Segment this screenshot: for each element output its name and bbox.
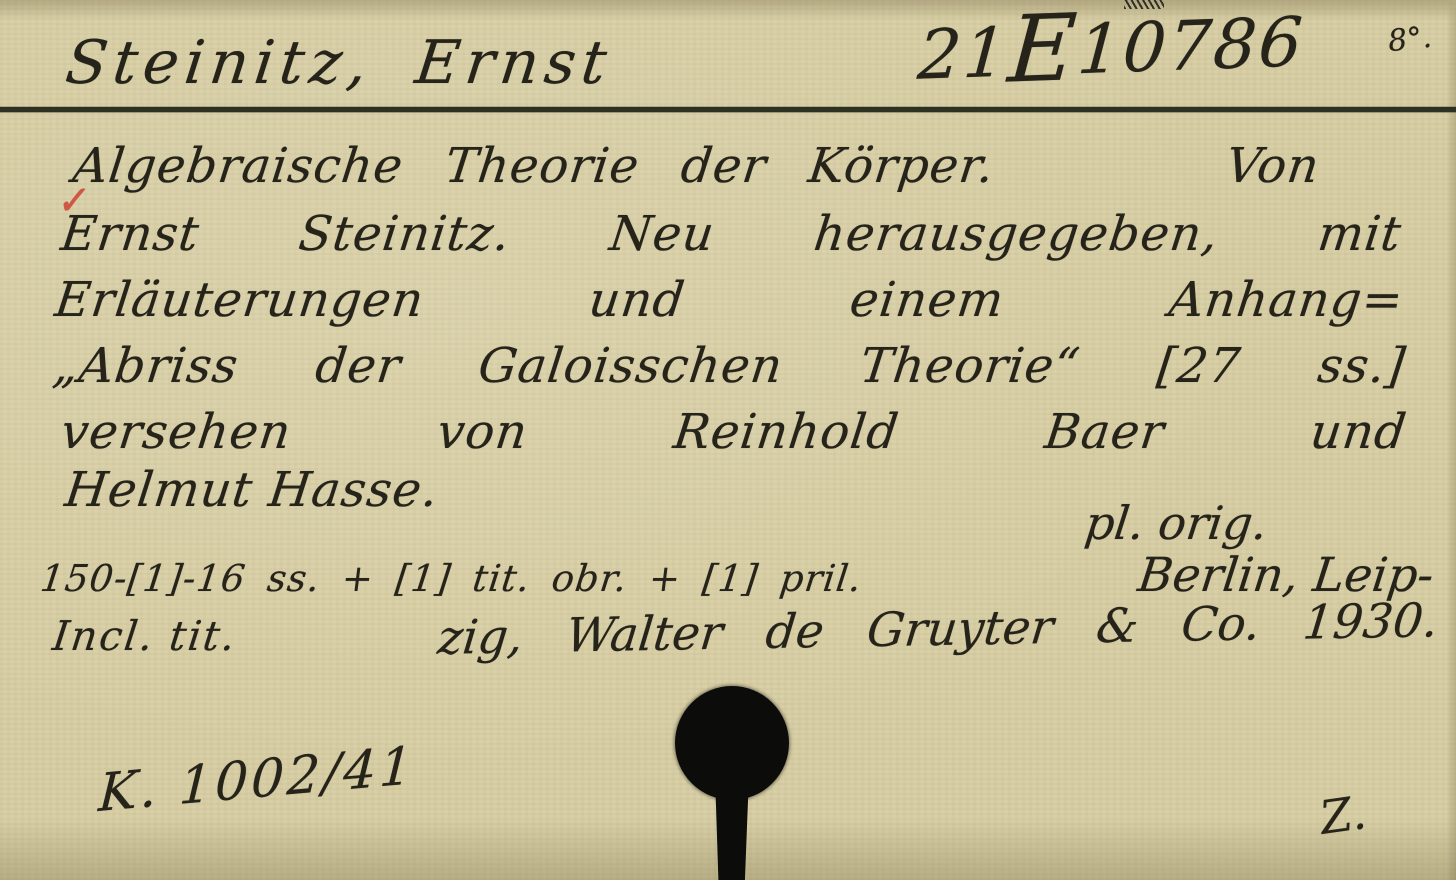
title-line-4: „Abriss der Galoisschen Theorie“ [27 ss.… bbox=[50, 338, 1409, 394]
title-line-2: Ernst Steinitz. Neu herausgegeben, mit bbox=[58, 206, 1405, 262]
accession-number: K. 1002/41 bbox=[97, 736, 417, 824]
punch-hole-slot bbox=[715, 775, 749, 880]
title-line-1-text: Algebraische Theorie der Körper. bbox=[70, 138, 998, 194]
call-number-prefix: 21 bbox=[915, 13, 1011, 95]
collation-line: 150-[1]-16 ss. + [1] tit. obr. + [1] pri… bbox=[38, 548, 1430, 603]
title-line-1: Algebraische Theorie der Körper. Von bbox=[70, 138, 1323, 194]
title-line-5: versehen von Reinhold Baer und bbox=[58, 404, 1410, 460]
call-number: 21E10786 bbox=[915, 3, 1306, 96]
title-line-6: Helmut Hasse. bbox=[62, 462, 442, 518]
imprint-end: zig, Walter de Gruyter & Co. 1930. bbox=[435, 593, 1441, 666]
author-heading: Steinitz, Ernst bbox=[62, 28, 616, 98]
collation-note: Incl. tit. bbox=[50, 612, 240, 660]
format-note: 8°. bbox=[1386, 20, 1433, 59]
cataloguer-initial: Z. bbox=[1316, 785, 1369, 845]
title-line-3: Erläuterungen und einem Anhang= bbox=[52, 272, 1407, 328]
header-rule bbox=[0, 107, 1456, 112]
call-number-class-letter: E bbox=[1005, 0, 1082, 104]
binding-note: pl. orig. bbox=[1082, 496, 1271, 550]
catalog-card: Steinitz, Ernst 21E10786 8°. ✓ Algebrais… bbox=[0, 0, 1456, 880]
pagination-statement: 150-[1]-16 ss. + [1] tit. obr. + [1] pri… bbox=[38, 557, 865, 600]
call-number-digits: 10786 bbox=[1075, 3, 1307, 90]
title-line-1-end: Von bbox=[1223, 138, 1323, 194]
